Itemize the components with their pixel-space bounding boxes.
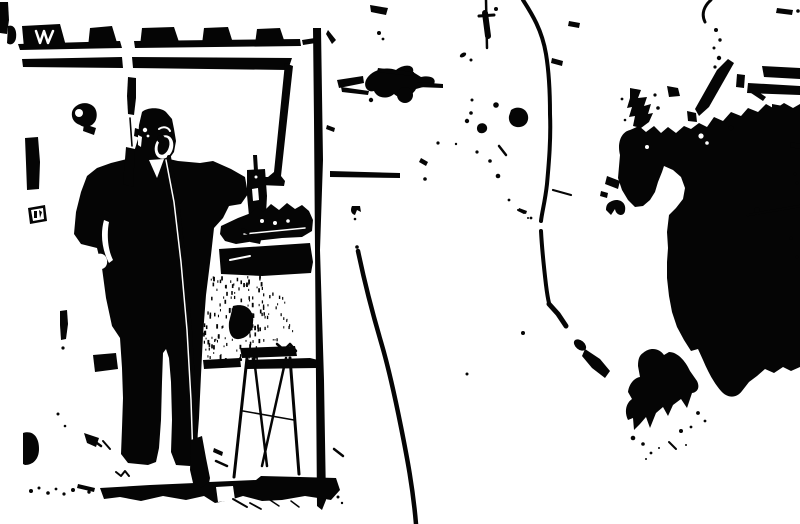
smudge-blob <box>397 87 413 103</box>
speckle-dot <box>207 311 208 314</box>
satellite-hook <box>606 200 625 215</box>
diag-dash <box>419 158 428 166</box>
cable-upper <box>523 0 550 221</box>
bird-blob <box>626 349 698 430</box>
wall-sign-glyph <box>34 211 37 218</box>
radio-dot <box>255 176 258 179</box>
speck <box>653 93 656 96</box>
splatter <box>496 174 501 179</box>
speckle-dot <box>231 291 233 295</box>
speckle-dot <box>284 302 285 304</box>
top-dash <box>370 5 388 15</box>
speckle-dot <box>258 288 260 292</box>
speckle-dot <box>267 325 268 327</box>
speckle-dot <box>226 343 227 346</box>
floor-dash <box>77 484 95 492</box>
speckle-dot <box>213 345 215 349</box>
speckle-dot <box>220 309 221 311</box>
floor-scribble <box>233 499 247 507</box>
speckle-dot <box>277 303 278 305</box>
left-floor-marks <box>23 310 129 476</box>
speckle-dot <box>292 330 293 332</box>
speckle-dot <box>231 296 232 298</box>
splat-dash <box>669 442 676 449</box>
speckle-dot <box>247 276 248 278</box>
mid-tick <box>326 125 335 132</box>
speck <box>789 236 793 240</box>
beam-block <box>202 27 233 44</box>
speckle-dot <box>264 312 265 315</box>
speckle-dot <box>240 354 241 357</box>
neck-speck <box>714 28 718 32</box>
speckle-dot <box>262 287 263 290</box>
stool-foot-mark <box>213 448 223 456</box>
speckle-dot <box>287 319 288 321</box>
musician-figure <box>74 108 248 466</box>
speckle-dot <box>267 304 268 306</box>
speckle-dot <box>252 340 253 343</box>
splat-speck <box>658 447 660 449</box>
speckle-dot <box>234 296 235 299</box>
speckle-dot <box>267 316 268 319</box>
speckle-dot <box>215 339 216 341</box>
stool-crossbar <box>243 411 294 420</box>
speckle-dot <box>210 313 211 317</box>
stick-crossbar <box>479 15 494 16</box>
speckle-dot <box>283 317 284 320</box>
speckle-dot <box>262 300 263 303</box>
splatter-dash <box>499 146 506 155</box>
speckle-dot <box>211 337 212 339</box>
ink-mass-right <box>600 0 800 397</box>
speckle-dot <box>276 338 277 341</box>
speck <box>621 98 624 101</box>
guitar <box>219 203 313 276</box>
speckle-dot <box>210 356 211 359</box>
speckle-dot <box>223 296 224 298</box>
stencil-image <box>0 0 800 524</box>
floor-dust <box>55 488 58 491</box>
head-strap <box>123 147 135 187</box>
speckle-dot <box>248 296 249 300</box>
floor-scribble <box>270 500 279 506</box>
speckle-dot <box>225 337 226 339</box>
floor-mark <box>103 441 110 449</box>
left-edge-blob <box>7 26 16 45</box>
splatter <box>469 111 473 115</box>
stool-leg <box>290 358 299 474</box>
edge-bar <box>747 83 800 95</box>
splatter <box>521 331 525 335</box>
floor-dust <box>71 488 75 492</box>
upper-middle-marks <box>370 0 580 62</box>
topright-dash <box>776 8 793 15</box>
speckle-dot <box>259 327 261 331</box>
cable-lower <box>541 231 549 303</box>
speckle-dot <box>204 341 205 344</box>
speckle-dot <box>221 276 223 280</box>
tuner-dot <box>260 219 264 223</box>
curve-line <box>358 251 416 524</box>
stool-brace <box>262 358 286 466</box>
speckle-dot <box>211 297 213 301</box>
speckle-dot <box>213 277 215 282</box>
splat-speck <box>696 411 700 415</box>
speck <box>793 172 796 175</box>
speck <box>796 256 799 259</box>
beam-block <box>22 24 66 48</box>
speckle-dot <box>226 292 228 296</box>
bird-splat <box>626 349 706 460</box>
neck-speck <box>713 65 716 68</box>
speckle-dot <box>209 343 211 347</box>
speck <box>369 98 373 102</box>
speckle-dot <box>276 306 277 309</box>
speckle-dot <box>233 283 234 285</box>
splat-speck <box>685 444 687 446</box>
floor-dust <box>38 487 41 490</box>
stool-leg <box>234 358 247 477</box>
speckle-dot <box>269 296 270 298</box>
long-curve <box>326 125 428 524</box>
speckle-dot <box>214 339 215 342</box>
floor-squiggle <box>116 471 129 476</box>
splatter <box>466 373 469 376</box>
speck <box>423 177 427 181</box>
mass-hole <box>705 141 709 145</box>
speckle-dot <box>206 325 208 329</box>
speck-pair <box>459 52 467 59</box>
speckle-dot <box>229 310 230 313</box>
speck <box>382 38 385 41</box>
splatter <box>493 102 499 108</box>
speckle-dot <box>230 280 231 283</box>
speckle-dot <box>220 280 221 283</box>
stencil-photo-page <box>0 0 800 524</box>
mass-fleck <box>667 86 680 97</box>
speckle-dot <box>259 304 260 306</box>
splatter <box>455 143 457 145</box>
speck <box>530 217 533 220</box>
boom-and-radio <box>247 63 293 216</box>
speckle-dot <box>243 283 245 287</box>
stool-top <box>240 346 297 358</box>
mass-fleck <box>687 111 697 122</box>
splatter <box>465 119 469 123</box>
splat-speck <box>704 420 707 423</box>
speckle-dot <box>273 339 274 340</box>
hook-mark <box>351 206 361 215</box>
splatter <box>508 199 511 202</box>
beam-block <box>88 26 118 47</box>
speckle-dot <box>224 345 225 347</box>
speckle-dot <box>237 278 238 282</box>
cable-kink <box>549 304 566 326</box>
cable-splotch <box>582 349 610 378</box>
speckle-dot <box>257 287 258 289</box>
speck <box>494 7 498 11</box>
speckle-dot <box>219 303 220 306</box>
corner-blob <box>23 432 39 465</box>
splatter <box>471 99 474 102</box>
tuner-dot <box>286 219 290 223</box>
speckle-dot <box>246 283 248 287</box>
radio-slot <box>252 188 259 201</box>
speckle-dot <box>211 344 213 348</box>
speckle-dot <box>204 331 205 334</box>
speckle-dot <box>283 326 284 328</box>
speckle-dot <box>224 300 226 304</box>
mid-smudge <box>337 66 443 145</box>
speckle-dot <box>232 339 233 341</box>
speck <box>61 346 64 349</box>
speck <box>354 218 357 221</box>
splatter-big <box>509 108 528 128</box>
cable-clip <box>551 58 563 66</box>
floor-dust <box>46 491 50 495</box>
mass-hole <box>645 145 649 149</box>
speckle-dot <box>265 316 266 319</box>
cable-line <box>518 0 610 378</box>
mass-hole <box>698 133 703 138</box>
speckle-dot <box>220 354 221 356</box>
speckle-dot <box>261 282 263 286</box>
speckle-dot <box>257 328 259 332</box>
smudge-bar <box>337 76 364 88</box>
boom-pole <box>258 63 293 186</box>
speckle-dot <box>272 292 273 295</box>
arc-line <box>703 0 711 22</box>
speckle-dot <box>241 299 243 303</box>
floor-notch <box>216 486 235 502</box>
mid-rail-left <box>203 358 241 369</box>
speckle-dot <box>232 284 234 288</box>
speck <box>796 9 800 13</box>
speckle-dot <box>213 352 214 354</box>
speckle-dot <box>263 339 264 342</box>
splatter <box>477 123 487 133</box>
speckle-dot <box>206 338 207 340</box>
splat-speck <box>631 436 636 441</box>
speck <box>729 126 734 131</box>
neck-speck <box>713 47 716 50</box>
speckle-dot <box>216 324 218 328</box>
speckle-dot <box>254 326 256 330</box>
neck-speck <box>718 38 721 41</box>
speckle-dot <box>205 349 206 351</box>
guitar-headstock <box>220 203 313 244</box>
speckle-dot <box>246 340 247 342</box>
speckle-dot <box>225 285 226 288</box>
speckle-dot <box>213 283 215 287</box>
mid-line <box>330 171 400 178</box>
speckle-dot <box>226 315 227 318</box>
speck <box>470 59 473 62</box>
speckle-dot <box>263 293 264 296</box>
neck-speck <box>717 56 721 60</box>
floor-dust <box>29 489 33 493</box>
frame-vertical <box>313 28 326 510</box>
speckle-dot <box>217 340 218 343</box>
wall-dash <box>60 310 68 340</box>
grille-speckle-sparse <box>263 292 293 350</box>
speckle-dot <box>238 287 239 290</box>
speckle-dot <box>248 289 249 291</box>
speckle-dot <box>281 313 282 316</box>
speckle-dot <box>236 350 237 352</box>
speckle-dot <box>259 274 261 278</box>
speckle-dot <box>248 305 249 307</box>
frame-tick <box>326 30 336 44</box>
floor-dust <box>62 492 65 495</box>
hanging-rod-streak <box>130 118 132 146</box>
speckle-dot <box>217 280 218 283</box>
tuner-dot <box>273 221 277 225</box>
edge-bar-small <box>736 74 745 88</box>
speckle-dot <box>214 313 216 317</box>
speck <box>754 207 760 213</box>
cable-clip <box>553 190 571 195</box>
lintel-bar-left <box>22 57 123 68</box>
face-glint <box>147 135 150 138</box>
speckle-dot <box>263 306 264 310</box>
speckle-dot <box>240 280 242 284</box>
speckle-dot <box>258 339 260 343</box>
speck <box>377 31 381 35</box>
beam-block <box>255 28 285 44</box>
left-edge-bar <box>0 2 9 34</box>
speckle-dot <box>289 324 290 326</box>
speck <box>355 245 359 249</box>
splatter <box>488 159 492 163</box>
floor-dust <box>341 502 343 504</box>
hip-bag-blob <box>93 353 118 372</box>
speckle-dot <box>218 336 219 338</box>
speckle-dot <box>249 334 250 337</box>
speckle-dot <box>204 323 206 327</box>
speck <box>57 413 60 416</box>
speckle-dot <box>216 289 217 291</box>
splatter-dots <box>455 99 529 376</box>
splat-speck <box>679 429 683 433</box>
speckle-dot <box>261 313 262 316</box>
speckle-dot <box>249 300 250 302</box>
speckle-dot <box>268 313 269 315</box>
hanging-rod <box>127 77 136 115</box>
speckle-dot <box>252 296 253 299</box>
splatter <box>527 217 529 219</box>
lintel-bar-right <box>132 57 292 70</box>
stool-foot-mark <box>216 461 227 466</box>
speckle-dot <box>264 327 265 330</box>
speckle-dot <box>207 355 208 357</box>
speckle-dot <box>209 348 210 351</box>
satellite-blob <box>600 191 608 198</box>
small-dash <box>568 21 580 28</box>
speck <box>436 141 439 144</box>
switch-plate <box>25 137 40 190</box>
speckle-dot <box>241 358 242 361</box>
radio-antenna <box>253 155 258 171</box>
speck <box>656 106 660 110</box>
floor-scribble <box>291 501 299 507</box>
knob-hole <box>75 109 83 117</box>
beam-block <box>140 27 180 46</box>
splat-speck <box>645 458 647 460</box>
speckle-dot <box>222 326 223 329</box>
ragged-column <box>627 88 653 128</box>
speckle-dot <box>274 339 275 340</box>
speckle-dot <box>218 315 219 318</box>
face-glint <box>143 128 147 132</box>
speck <box>624 119 627 122</box>
speckle-dot <box>279 296 280 299</box>
satellite-blob <box>605 176 620 189</box>
speckle-dot <box>260 309 262 313</box>
splat-speck <box>650 452 653 455</box>
smudge-bar <box>341 87 369 95</box>
microphone-head <box>157 135 165 143</box>
edge-bar <box>762 66 800 79</box>
floor-mark-right <box>334 449 343 456</box>
speckle-dot <box>248 283 249 286</box>
speckle-dot <box>234 292 235 294</box>
speck <box>64 425 67 428</box>
floor-dust <box>337 496 340 499</box>
speckle-dot <box>211 279 212 281</box>
speck <box>796 182 799 185</box>
speckle-dot <box>282 297 283 300</box>
speckle-dot <box>252 303 254 307</box>
speckle-dot <box>253 313 254 315</box>
wall-sign-face <box>31 208 44 221</box>
splatter <box>475 150 478 153</box>
floor-scribble <box>250 503 261 509</box>
splat-speck <box>690 426 693 429</box>
speckle-dot <box>254 332 256 336</box>
splat-speck <box>641 442 645 446</box>
